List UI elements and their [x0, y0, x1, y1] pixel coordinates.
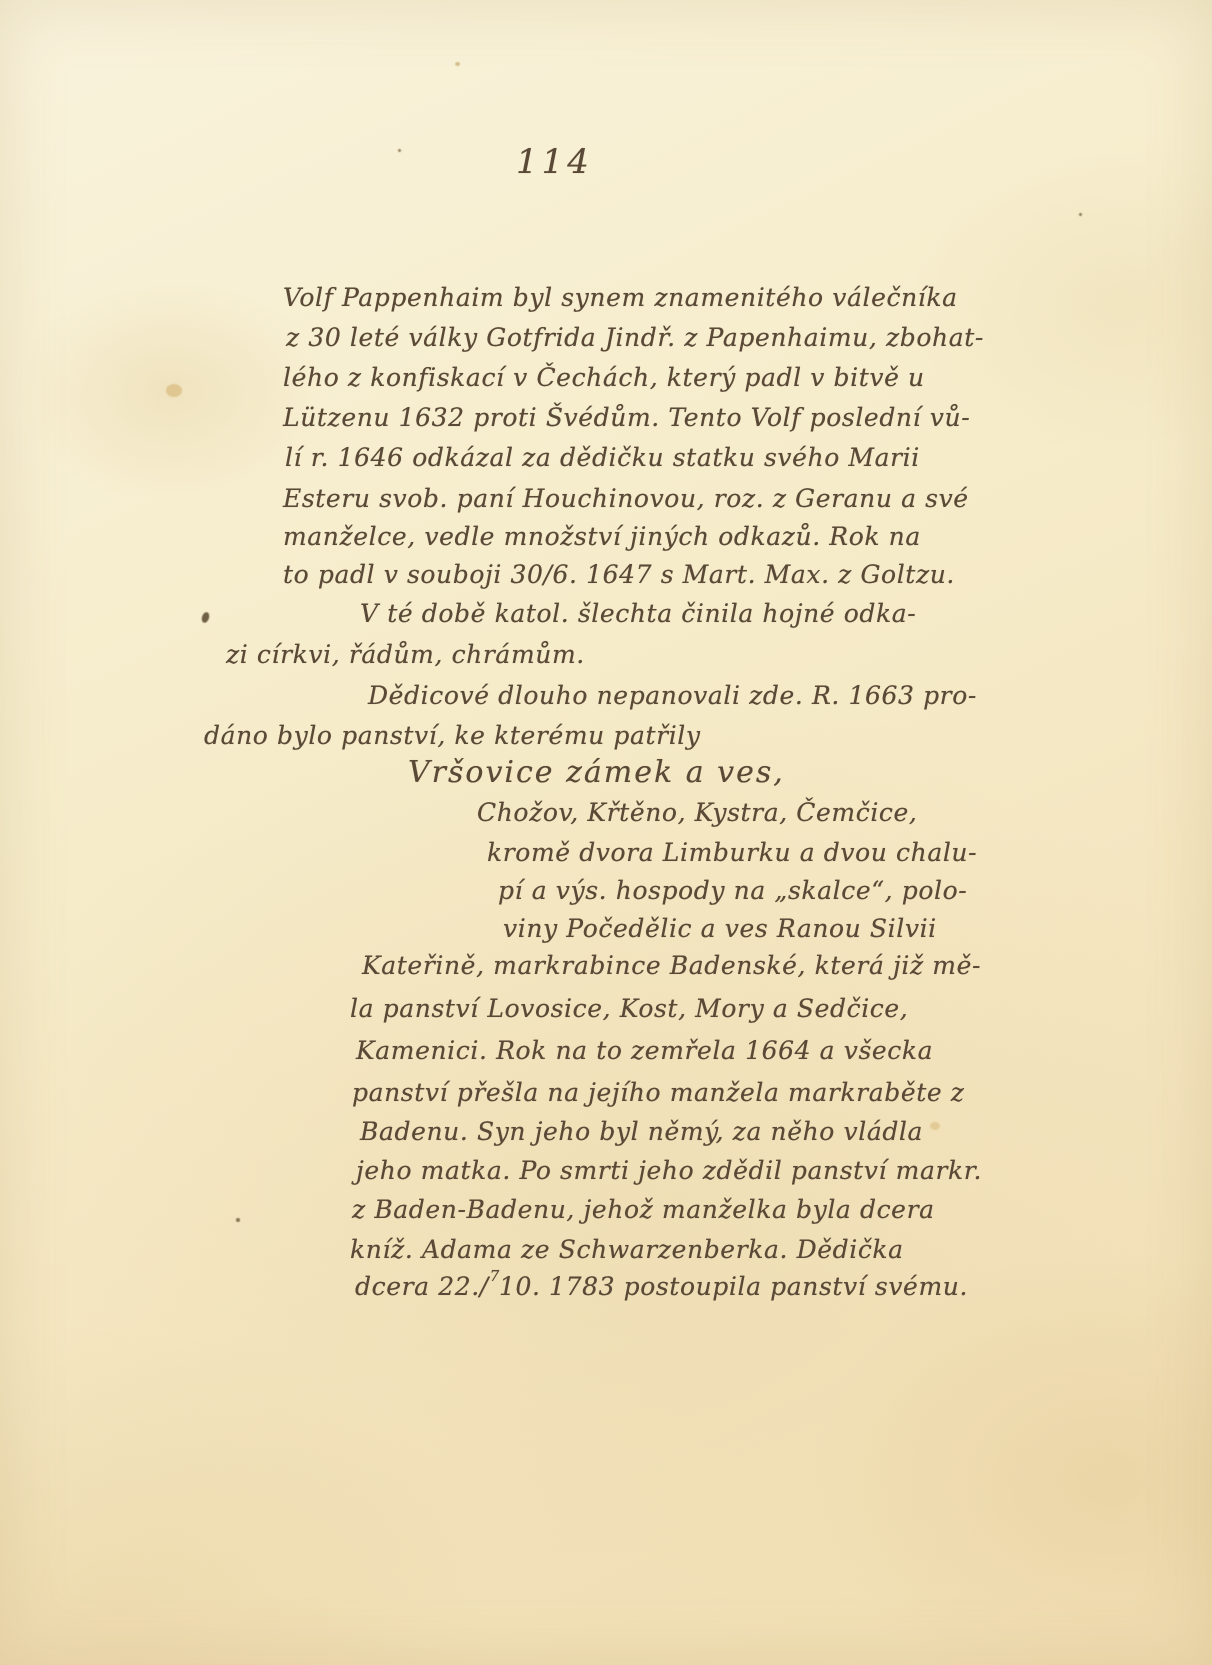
manuscript-line: manželce, vedle množství jiných odkazů. …: [283, 524, 921, 549]
paper-stain: [236, 1218, 240, 1222]
paper-stain: [166, 384, 182, 397]
paper-stain: [930, 1122, 940, 1130]
page-number: 114: [516, 142, 593, 182]
manuscript-line: zi církvi, řádům, chrámům.: [226, 642, 585, 667]
manuscript-line: Volf Pappenhaim byl synem znamenitého vá…: [283, 285, 958, 310]
manuscript-line: Dědicové dlouho nepanovali zde. R. 1663 …: [368, 683, 977, 708]
manuscript-line-date: dcera 22./710. 1783 postoupila panství s…: [355, 1274, 968, 1299]
manuscript-line: Chožov, Křtěno, Kystra, Čemčice,: [477, 800, 917, 825]
manuscript-line: kromě dvora Limburku a dvou chalu-: [487, 840, 977, 865]
date-superscript-correction: 7: [490, 1269, 500, 1284]
manuscript-line: jeho matka. Po smrti jeho zdědil panství…: [356, 1158, 982, 1183]
paper-stain: [398, 149, 401, 152]
manuscript-line: kníž. Adama ze Schwarzenberka. Dědička: [350, 1237, 904, 1262]
date-line-mid: 10. 1783 postoupila panství svému.: [499, 1272, 968, 1301]
manuscript-line: Kamenici. Rok na to zemřela 1664 a všeck…: [356, 1038, 933, 1063]
manuscript-line: lí r. 1646 odkázal za dědičku statku své…: [285, 445, 920, 470]
manuscript-line: z Baden-Badenu, jehož manželka byla dcer…: [352, 1197, 935, 1222]
manuscript-line: Badenu. Syn jeho byl němý, za něho vládl…: [360, 1119, 923, 1144]
manuscript-line: to padl v souboji 30/6. 1647 s Mart. Max…: [283, 562, 955, 587]
manuscript-line: dáno bylo panství, ke kterému patřily: [204, 723, 701, 748]
paper-stain: [200, 611, 210, 624]
manuscript-line: V té době katol. šlechta činila hojné od…: [360, 601, 916, 626]
manuscript-line: z 30 leté války Gotfrida Jindř. z Papenh…: [286, 325, 984, 350]
manuscript-line: panství přešla na jejího manžela markrab…: [352, 1080, 965, 1105]
manuscript-line: viny Počedělic a ves Ranou Silvii: [503, 916, 937, 941]
manuscript-line: Lützenu 1632 proti Švédům. Tento Volf po…: [283, 405, 970, 430]
manuscript-line: pí a výs. hospody na „skalce“, polo-: [498, 878, 967, 903]
manuscript-line: Vršovice zámek a ves,: [408, 758, 785, 788]
manuscript-line: lého z konfiskací v Čechách, který padl …: [283, 365, 925, 390]
paper-stain: [455, 62, 460, 66]
manuscript-page: 114 Volf Pappenhaim byl synem znamenitéh…: [0, 0, 1212, 1665]
date-line-pre: dcera 22./: [355, 1272, 489, 1301]
manuscript-line: la panství Lovosice, Kost, Mory a Sedčic…: [350, 996, 908, 1021]
manuscript-line: Esteru svob. paní Houchinovou, roz. z Ge…: [283, 486, 969, 511]
manuscript-line: Kateřině, markrabince Badenské, která ji…: [362, 953, 981, 978]
paper-stain: [1079, 213, 1082, 216]
